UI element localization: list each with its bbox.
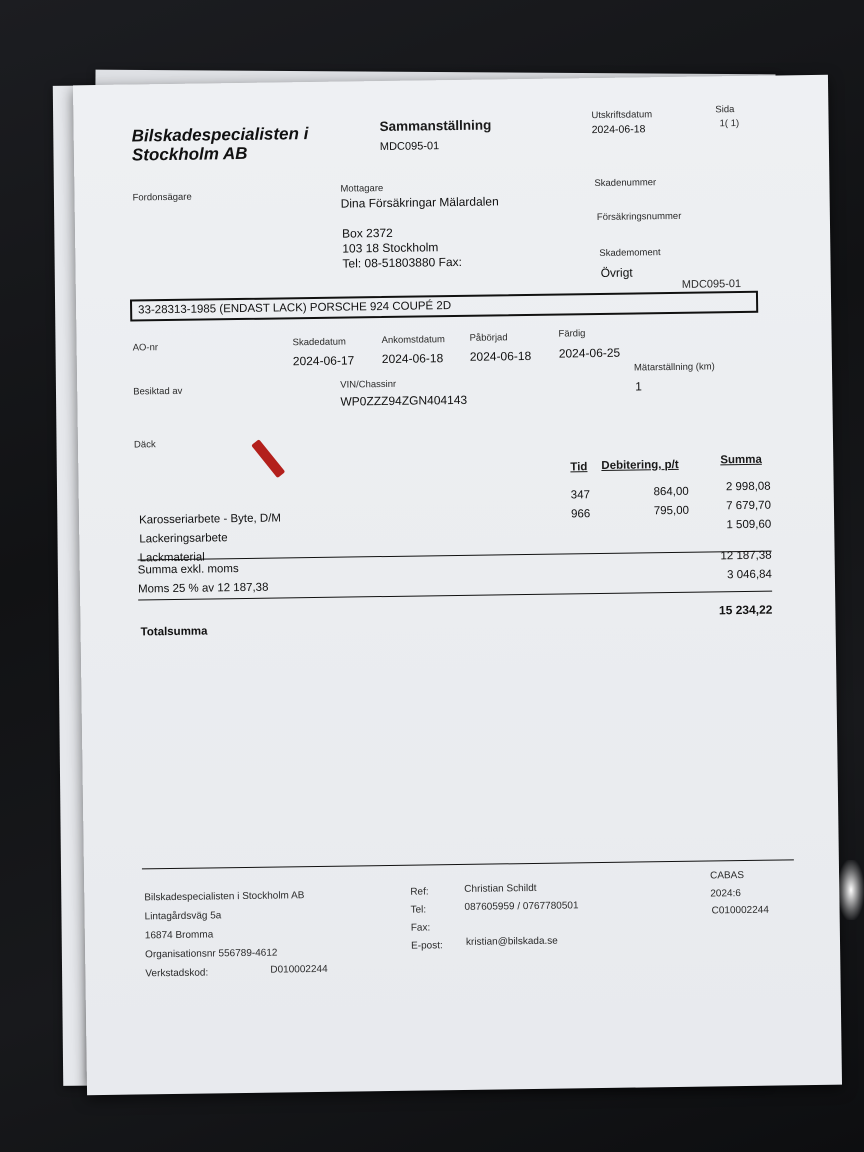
red-marker-mark bbox=[251, 439, 285, 478]
damage-type: Övrigt bbox=[601, 266, 633, 280]
document-page: Bilskadespecialisten i Stockholm AB Samm… bbox=[73, 75, 842, 1095]
cost-row-sum: 2 998,08 bbox=[671, 481, 771, 494]
print-date-label: Utskriftsdatum bbox=[591, 109, 652, 121]
footer-org-number: Organisationsnr 556789-4612 bbox=[145, 948, 277, 961]
document-number: MDC095-01 bbox=[380, 140, 439, 153]
footer-fax-label: Fax: bbox=[411, 922, 431, 933]
owner-label: Fordonsägare bbox=[132, 192, 191, 204]
total-label: Totalsumma bbox=[141, 625, 208, 638]
finished-date: 2024-06-25 bbox=[559, 346, 621, 361]
footer-workshop-code: D010002244 bbox=[270, 964, 327, 976]
document-title: Sammanställning bbox=[379, 117, 491, 134]
total-value: 15 234,22 bbox=[672, 603, 772, 618]
footer-ref: Christian Schildt bbox=[464, 883, 536, 895]
subtotal-value: 12 187,38 bbox=[672, 550, 772, 563]
footer-divider bbox=[142, 859, 794, 869]
footer-city: 16874 Bromma bbox=[145, 929, 214, 941]
vehicle-description: 33-28313-1985 (ENDAST LACK) PORSCHE 924 … bbox=[138, 300, 451, 316]
subtotal-label: Summa exkl. moms bbox=[138, 563, 239, 576]
footer-tel: 087605959 / 0767780501 bbox=[464, 900, 578, 913]
started-date: 2024-06-18 bbox=[470, 349, 532, 364]
cost-row-sum: 7 679,70 bbox=[671, 500, 771, 513]
recipient-address1: Box 2372 bbox=[342, 226, 393, 241]
col-time-header: Tid bbox=[570, 461, 587, 473]
footer-system-version: 2024:6 bbox=[710, 888, 741, 899]
page-value: 1( 1) bbox=[720, 118, 740, 129]
odometer-label: Mätarställning (km) bbox=[634, 361, 715, 373]
claim-number-label: Skadenummer bbox=[594, 177, 656, 189]
vin-label: VIN/Chassinr bbox=[340, 379, 396, 391]
col-rate-header: Debitering, p/t bbox=[601, 459, 678, 472]
company-name-line2: Stockholm AB bbox=[132, 143, 309, 164]
cost-row-label: Lackeringsarbete bbox=[139, 532, 227, 545]
damage-date-label: Skadedatum bbox=[293, 337, 346, 349]
recipient-address2: 103 18 Stockholm bbox=[342, 240, 438, 255]
vat-label: Moms 25 % av 12 187,38 bbox=[138, 582, 269, 596]
recipient-phone: Tel: 08-51803880 Fax: bbox=[342, 255, 462, 271]
footer-street: Lintagårdsväg 5a bbox=[145, 910, 222, 922]
finished-label: Färdig bbox=[558, 328, 585, 339]
damage-type-label: Skademoment bbox=[599, 247, 660, 259]
damage-date: 2024-06-17 bbox=[293, 353, 355, 368]
recipient-label: Mottagare bbox=[340, 183, 383, 195]
ao-number-label: AO-nr bbox=[133, 342, 158, 353]
company-name: Bilskadespecialisten i Stockholm AB bbox=[132, 124, 309, 164]
footer-email: kristian@bilskada.se bbox=[466, 936, 558, 948]
footer-email-label: E-post: bbox=[411, 940, 443, 951]
cost-row-sum: 1 509,60 bbox=[671, 519, 771, 532]
footer-company: Bilskadespecialisten i Stockholm AB bbox=[144, 890, 304, 903]
company-name-line1: Bilskadespecialisten i bbox=[132, 124, 309, 145]
print-date: 2024-06-18 bbox=[592, 123, 646, 136]
arrival-date-label: Ankomstdatum bbox=[382, 334, 446, 346]
vehicle-box: 33-28313-1985 (ENDAST LACK) PORSCHE 924 … bbox=[130, 291, 758, 322]
footer-system-code: C010002244 bbox=[711, 905, 768, 917]
inspected-by-label: Besiktad av bbox=[133, 386, 182, 398]
footer-tel-label: Tel: bbox=[410, 904, 426, 915]
col-sum-header: Summa bbox=[720, 454, 762, 467]
policy-number-label: Försäkringsnummer bbox=[597, 211, 682, 223]
footer-ref-label: Ref: bbox=[410, 886, 428, 897]
arrival-date: 2024-06-18 bbox=[382, 351, 444, 366]
footer-system: CABAS bbox=[710, 870, 744, 881]
light-reflection bbox=[838, 860, 864, 920]
tires-label: Däck bbox=[134, 439, 156, 450]
cost-row-time: 347 bbox=[571, 489, 590, 501]
odometer-value: 1 bbox=[635, 379, 642, 393]
started-label: Påbörjad bbox=[469, 332, 507, 344]
vin-value: WP0ZZZ94ZGN404143 bbox=[340, 393, 467, 409]
vat-value: 3 046,84 bbox=[672, 569, 772, 582]
page-label: Sida bbox=[715, 104, 734, 115]
recipient-name: Dina Försäkringar Mälardalen bbox=[341, 194, 499, 210]
cost-row-time: 966 bbox=[571, 508, 590, 520]
vehicle-ref: MDC095-01 bbox=[682, 278, 741, 291]
cost-row-label: Karosseriarbete - Byte, D/M bbox=[139, 512, 281, 526]
footer-workshop-code-label: Verkstadskod: bbox=[145, 968, 208, 980]
